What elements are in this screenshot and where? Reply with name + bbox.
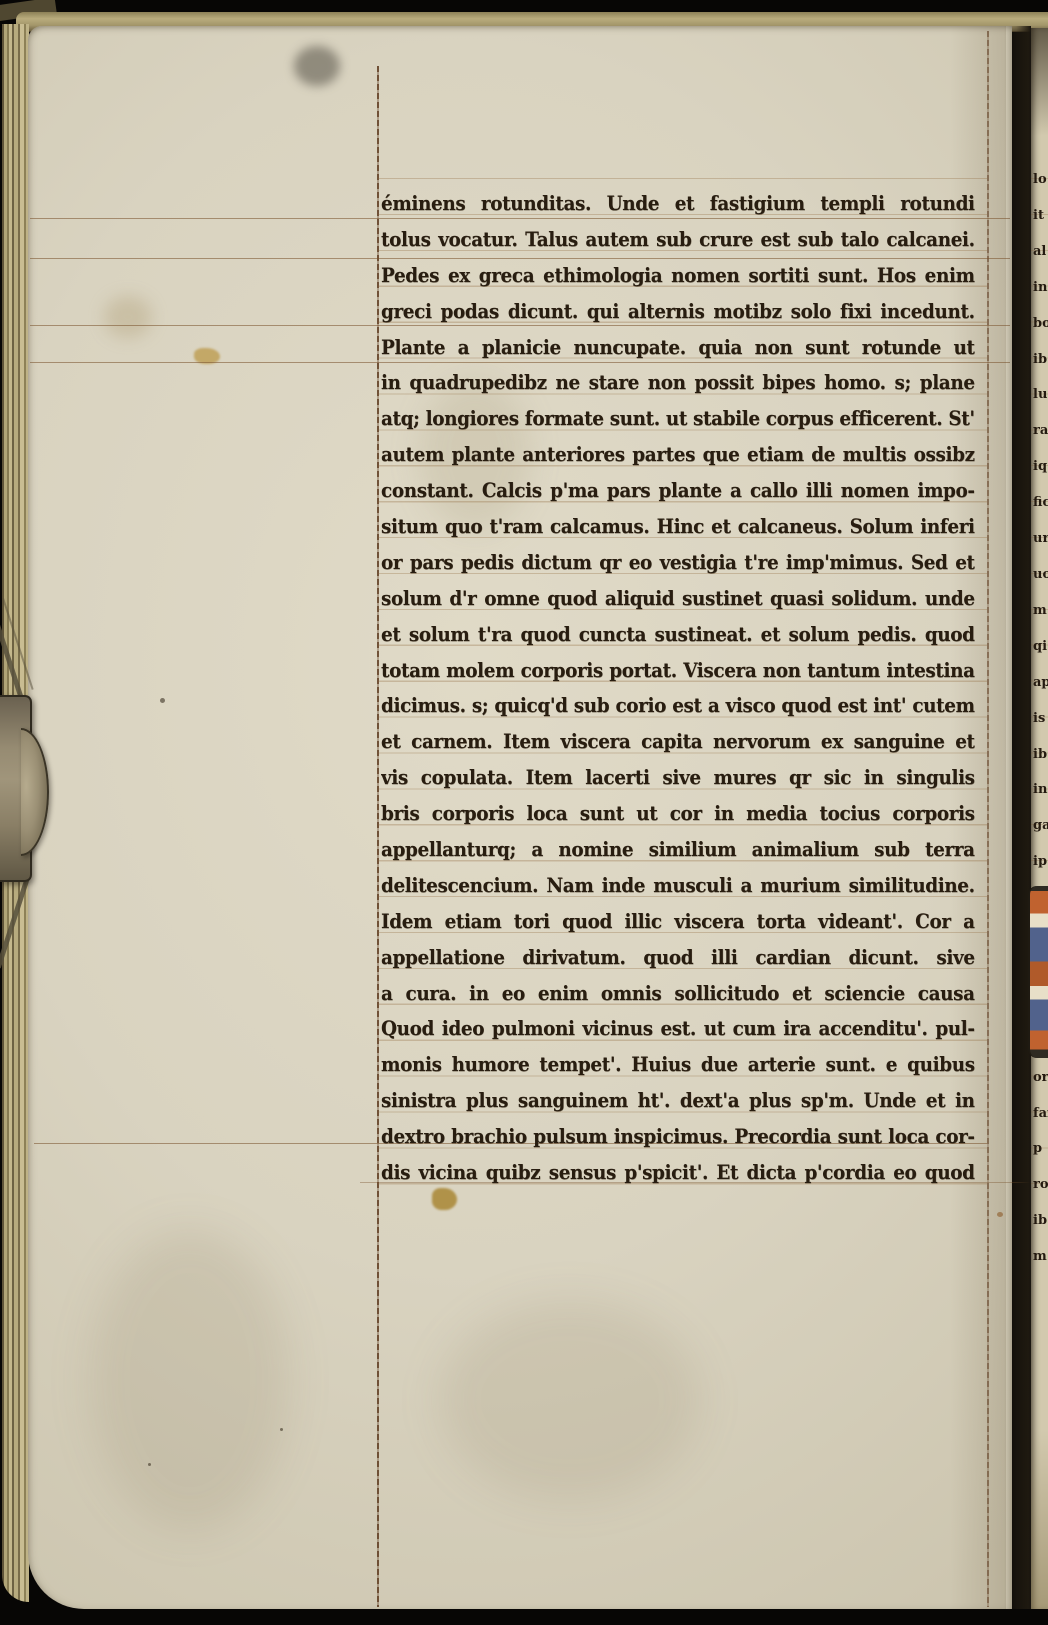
manuscript-photo: éminens rotunditas. Unde et fastigium te… [0,0,1048,1625]
manuscript-line: situm quo t'ram calcamus. Hinc et calcan… [381,509,975,545]
bottom-smudge-stain [440,1300,700,1500]
tan-stain [104,296,152,338]
manuscript-line: a cura. in eo enim omnis sollicitudo et … [381,976,975,1012]
manuscript-line: et solum t'ra quod cuncta sustineat. et … [381,617,975,653]
manuscript-line: dis vicina quibz sensus p'spicit'. Et di… [381,1155,975,1191]
speck [148,1463,151,1466]
illuminated-initial-fragment [1028,886,1048,1058]
speck [997,1212,1003,1217]
facing-page-bottom-edge [1031,1430,1048,1609]
manuscript-line: totam molem corporis portat. Viscera non… [381,653,975,689]
manuscript-text-block: éminens rotunditas. Unde et fastigium te… [381,186,975,1191]
manuscript-line: et carnem. Item viscera capita nervorum … [381,724,975,760]
manuscript-line: Idem etiam tori quod illic viscera torta… [381,904,975,940]
manuscript-line: tolus vocatur. Talus autem sub crure est… [381,222,975,258]
manuscript-line: monis humore tempet'. Huius due arterie … [381,1047,975,1083]
right-margin-ruling-line [987,31,989,1607]
facing-page-text-fragments: lo it al in bo ib lu ra iq fic ur uo m q… [1033,162,1048,1262]
manuscript-line: appellatione dirivatum. quod illi cardia… [381,940,975,976]
manuscript-line: in quadrupedibz ne stare non possit bipe… [381,365,975,401]
manuscript-line: or pars pedis dictum qr eo vestigia t're… [381,545,975,581]
manuscript-line: dextro brachio pulsum inspicimus. Precor… [381,1119,975,1155]
manuscript-line: sinistra plus sanguinem ht'. dext'a plus… [381,1083,975,1119]
manuscript-line: autem plante anteriores partes que etiam… [381,437,975,473]
facing-page-top-shadow [1031,28,1048,136]
manuscript-line: Quod ideo pulmoni vicinus est. ut cum ir… [381,1011,975,1047]
manuscript-line: bris corporis loca sunt ut cor in media … [381,796,975,832]
manuscript-line: vis copulata. Item lacerti sive mures qr… [381,760,975,796]
manuscript-line: éminens rotunditas. Unde et fastigium te… [381,186,975,222]
gutter-shadow [1004,26,1031,1609]
speck [160,698,165,703]
manuscript-line: greci podas dicunt. qui alternis motibz … [381,294,975,330]
manuscript-line: constant. Calcis p'ma pars plante a call… [381,473,975,509]
manuscript-line: appellanturq; a nomine similium animaliu… [381,832,975,868]
manuscript-line: atq; longiores formate sunt. ut stabile … [381,401,975,437]
speck [280,1428,283,1431]
manuscript-line: dicimus. s; quicq'd sub corio est a visc… [381,688,975,724]
ink-smudge-stain [294,46,340,86]
manuscript-line: solum d'r omne quod aliquid sustinet qua… [381,581,975,617]
yellow-spot-stain [432,1188,457,1210]
manuscript-line: Pedes ex greca ethimologia nomen sortiti… [381,258,975,294]
left-smudge-stain [90,1230,290,1530]
manuscript-line: Plante a planicie nuncupate. quia non su… [381,330,975,366]
manuscript-line: delitescencium. Nam inde musculi a muriu… [381,868,975,904]
